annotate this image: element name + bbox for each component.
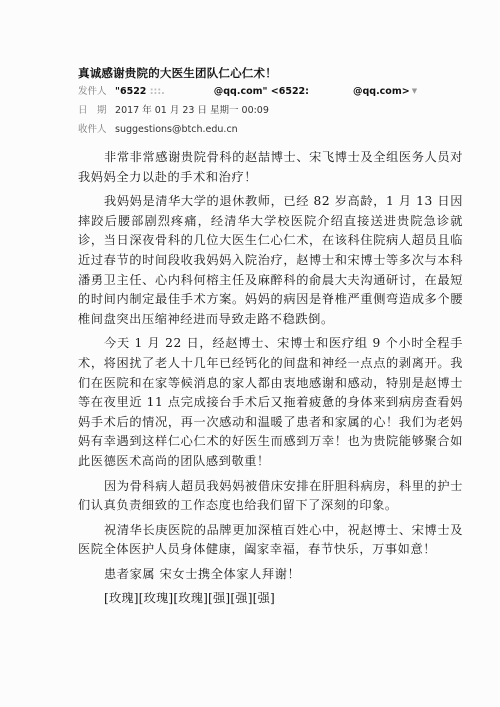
recipient-label: 收件人: [78, 120, 112, 139]
email-subject: 真诚感谢贵院的大医生团队仁心仁术！: [78, 64, 438, 82]
signature: 患者家属 宋女士携全体家人拜谢！: [78, 565, 463, 585]
date-value: 2017 年 01 月 23 日 星期一 00:09: [115, 105, 269, 116]
sender-label: 发件人: [78, 82, 112, 101]
sender-name-mask: :::.: [150, 82, 178, 101]
paragraph-surgery: 今天 1 月 22 日，经赵博士、宋博士和医疗组 9 个小时全程手术，将困扰了老…: [78, 334, 463, 471]
sender-name-suffix: @qq.com": [214, 86, 268, 97]
recipient-row: 收件人 suggestions@btch.edu.cn: [78, 120, 438, 139]
sender-row: 发件人 "6522 :::.@qq.com" <6522:@qq.com>▼: [78, 82, 438, 101]
date-label: 日 期: [78, 101, 112, 120]
sender-address-prefix: <6522:: [271, 86, 309, 97]
paragraph-thanks: 非常非常感谢贵院骨科的赵喆博士、宋飞博士及全组医务人员对我妈妈全力以赴的手术和治…: [78, 148, 463, 187]
date-row: 日 期 2017 年 01 月 23 日 星期一 00:09: [78, 101, 438, 120]
sender-address-suffix: @qq.com>: [353, 86, 410, 97]
letter-body: 非常非常感谢贵院骨科的赵喆博士、宋飞博士及全组医务人员对我妈妈全力以赴的手术和治…: [78, 148, 463, 609]
emoticons: [玫瑰][玫瑰][玫瑰][强][强][强]: [78, 589, 463, 609]
paragraph-nurses: 因为骨科病人超员我妈妈被借床安排在肝胆科病房，科里的护士们认真负责细致的工作态度…: [78, 477, 463, 516]
email-header: 真诚感谢贵院的大医生团队仁心仁术！ 发件人 "6522 :::.@qq.com"…: [78, 64, 438, 139]
paragraph-background: 我妈妈是清华大学的退休教师，已经 82 岁高龄，1 月 13 日因摔跤后腰部剧烈…: [78, 192, 463, 329]
caret-down-icon[interactable]: ▼: [412, 87, 417, 95]
sender-name-prefix: "6522: [115, 86, 146, 97]
paragraph-wishes: 祝清华长庚医院的品牌更加深植百姓心中，祝赵博士、宋博士及医院全体医护人员身体健康…: [78, 521, 463, 560]
recipient-address[interactable]: suggestions@btch.edu.cn: [115, 124, 238, 135]
sender-name[interactable]: "6522 :::.@qq.com" <6522:@qq.com>: [115, 86, 410, 97]
scanned-letter-page: 真诚感谢贵院的大医生团队仁心仁术！ 发件人 "6522 :::.@qq.com"…: [0, 0, 500, 707]
